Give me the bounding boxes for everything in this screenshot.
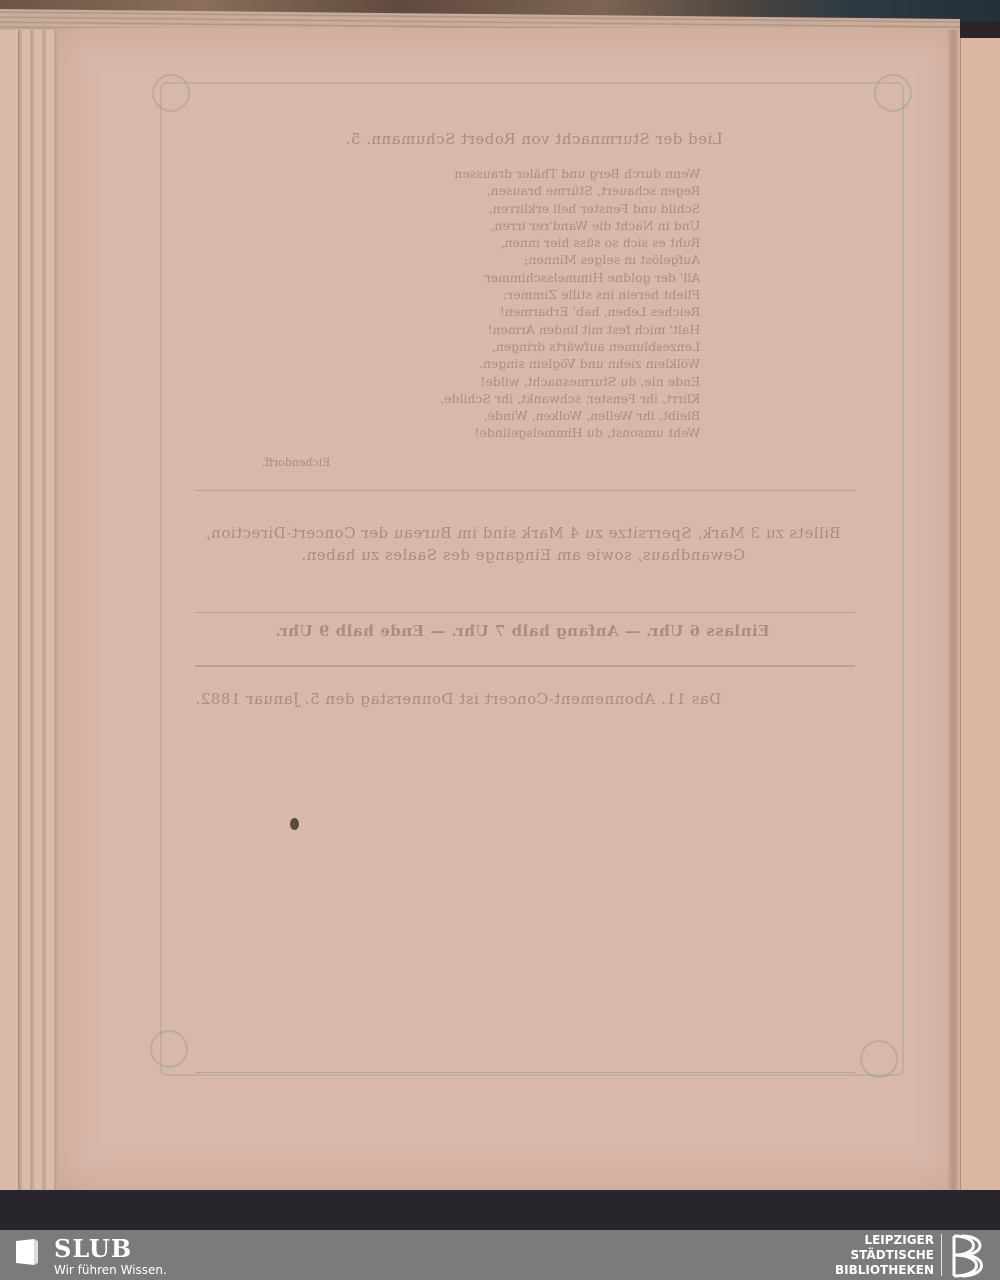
show-through-poem-author: Eichendorff.	[262, 456, 330, 469]
show-through-ticket-info: Billets zu 3 Mark, Sperrsitze zu 4 Mark …	[198, 522, 848, 566]
divider-line	[195, 490, 855, 491]
logo-divider	[941, 1234, 942, 1276]
slub-logo-tagline: Wir führen Wissen.	[54, 1263, 167, 1277]
divider-line	[195, 1072, 855, 1073]
leipzig-library-b-icon	[950, 1234, 990, 1278]
show-through-heading: Lied der Sturmnacht von Robert Schumann.…	[345, 130, 723, 148]
left-page-edge	[0, 30, 19, 1190]
facing-page-edge	[960, 38, 1000, 1208]
slub-logo-title[interactable]: SLUB	[54, 1234, 132, 1263]
corner-ornament-icon	[860, 1040, 898, 1078]
scan-background-bottom	[0, 1190, 1000, 1230]
show-through-poem: Wenn durch Berg und Thäler draussen Rege…	[440, 165, 700, 442]
library-footer-bar: SLUB Wir führen Wissen. LEIPZIGER STÄDTI…	[0, 1230, 1000, 1280]
corner-ornament-icon	[874, 74, 912, 112]
paper-stain	[290, 818, 299, 830]
corner-ornament-icon	[150, 1030, 188, 1068]
book-spine-gutter	[948, 30, 960, 1190]
show-through-next-concert: Das 11. Abonnement-Concert ist Donnersta…	[195, 690, 721, 708]
slub-book-icon	[14, 1237, 40, 1267]
show-through-times: Einlass 6 Uhr. — Anfang halb 7 Uhr. — En…	[275, 622, 770, 640]
divider-line	[195, 665, 855, 667]
leipzig-library-logo-text[interactable]: LEIPZIGER STÄDTISCHE BIBLIOTHEKEN	[835, 1233, 934, 1278]
divider-line	[195, 612, 855, 613]
corner-ornament-icon	[152, 74, 190, 112]
